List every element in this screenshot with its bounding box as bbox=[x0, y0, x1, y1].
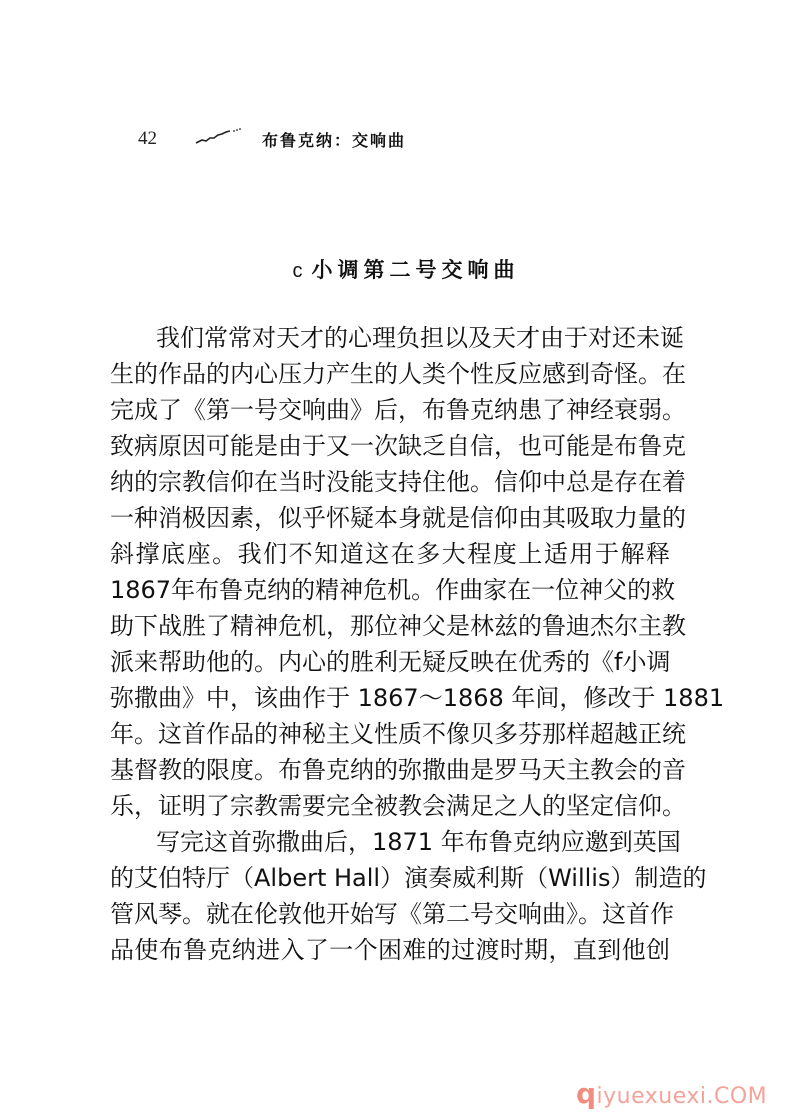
chapter-key: c bbox=[293, 260, 308, 282]
text-line: 年。这首作品的神秘主义性质不像贝多芬那样超越正统 bbox=[110, 716, 670, 752]
text-line: 纳的宗教信仰在当时没能支持住他。信仰中总是存在着 bbox=[110, 464, 670, 500]
body-text: 我们常常对天才的心理负担以及天才由于对还未诞 生的作品的内心压力产生的人类个性反… bbox=[110, 320, 670, 968]
text-line: 管风琴。就在伦敦他开始写《第二号交响曲》。这首作 bbox=[110, 896, 670, 932]
chapter-title-text: 小调第二号交响曲 bbox=[312, 258, 520, 282]
chapter-title: c小调第二号交响曲 bbox=[0, 254, 794, 284]
text-line: 生的作品的内心压力产生的人类个性反应感到奇怪。在 bbox=[110, 356, 670, 392]
text-line: 基督教的限度。布鲁克纳的弥撒曲是罗马天主教会的音 bbox=[110, 752, 670, 788]
text-line: 1867年布鲁克纳的精神危机。作曲家在一位神父的救 bbox=[110, 572, 670, 608]
text-line: 写完这首弥撒曲后，1871 年布鲁克纳应邀到英国 bbox=[110, 824, 670, 860]
text-line: 斜撑底座。我们不知道这在多大程度上适用于解释 bbox=[110, 536, 670, 572]
running-title: 布鲁克纳：交响曲 bbox=[262, 128, 406, 151]
text-line: 品使布鲁克纳进入了一个困难的过渡时期，直到他创 bbox=[110, 932, 670, 968]
header-ornament-icon bbox=[194, 126, 244, 146]
watermark: qiyuexuexi.COM bbox=[576, 1077, 767, 1110]
text-line: 我们常常对天才的心理负担以及天才由于对还未诞 bbox=[110, 320, 670, 356]
text-line: 完成了《第一号交响曲》后，布鲁克纳患了神经衰弱。 bbox=[110, 392, 670, 428]
text-line: 的艾伯特厅（Albert Hall）演奏威利斯（Willis）制造的 bbox=[110, 860, 670, 896]
text-line: 助下战胜了精神危机，那位神父是林兹的鲁迪杰尔主教 bbox=[110, 608, 670, 644]
watermark-text: iyuexuexi.COM bbox=[597, 1084, 768, 1109]
text-line: 致病原因可能是由于又一次缺乏自信，也可能是布鲁克 bbox=[110, 428, 670, 464]
text-line: 一种消极因素，似乎怀疑本身就是信仰由其吸取力量的 bbox=[110, 500, 670, 536]
watermark-logo-letter: q bbox=[576, 1077, 597, 1110]
text-line: 乐，证明了宗教需要完全被教会满足之人的坚定信仰。 bbox=[110, 788, 670, 824]
text-line: 派来帮助他的。内心的胜利无疑反映在优秀的《f小调 bbox=[110, 644, 670, 680]
page-number: 42 bbox=[138, 128, 157, 150]
text-line: 弥撒曲》中，该曲作于 1867～1868 年间，修改于 1881 bbox=[110, 680, 670, 716]
page-header: 42 布鲁克纳：交响曲 bbox=[138, 124, 538, 154]
